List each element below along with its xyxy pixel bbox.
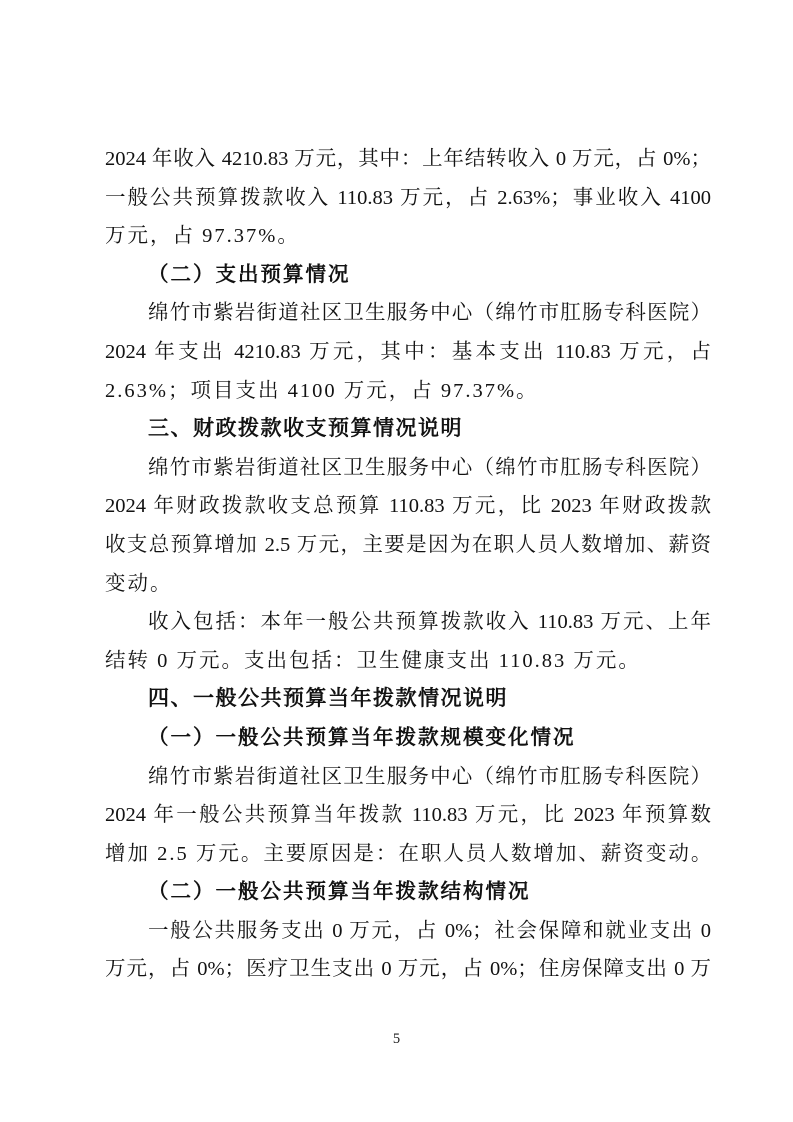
text-line: 2.63%；项目支出 4100 万元，占 97.37%。 (105, 372, 711, 411)
document-page: 2024 年收入 4210.83 万元，其中：上年结转收入 0 万元，占 0%；… (0, 0, 793, 1122)
text-line: 2024 年收入 4210.83 万元，其中：上年结转收入 0 万元，占 0%； (105, 140, 711, 179)
text-line: 绵竹市紫岩街道社区卫生服务中心（绵竹市肛肠专科医院） (105, 758, 711, 797)
text-line: 增加 2.5 万元。主要原因是：在职人员人数增加、薪资变动。 (105, 835, 711, 874)
text-line: 万元，占 0%；医疗卫生支出 0 万元，占 0%；住房保障支出 0 万 (105, 950, 711, 989)
section-heading: 三、财政拨款收支预算情况说明 (105, 410, 711, 449)
page-footer: 5 (0, 1030, 793, 1048)
document-body: 2024 年收入 4210.83 万元，其中：上年结转收入 0 万元，占 0%；… (105, 140, 711, 989)
text-line: 2024 年支出 4210.83 万元，其中：基本支出 110.83 万元，占 (105, 333, 711, 372)
text-line: 绵竹市紫岩街道社区卫生服务中心（绵竹市肛肠专科医院） (105, 449, 711, 488)
section-heading: （二）支出预算情况 (105, 256, 711, 295)
section-heading: （一）一般公共预算当年拨款规模变化情况 (105, 719, 711, 758)
text-line: 结转 0 万元。支出包括：卫生健康支出 110.83 万元。 (105, 642, 711, 681)
text-line: 2024 年财政拨款收支总预算 110.83 万元，比 2023 年财政拨款 (105, 487, 711, 526)
section-heading: （二）一般公共预算当年拨款结构情况 (105, 873, 711, 912)
text-line: 收支总预算增加 2.5 万元，主要是因为在职人员人数增加、薪资 (105, 526, 711, 565)
text-line: 一般公共服务支出 0 万元，占 0%；社会保障和就业支出 0 (105, 912, 711, 951)
text-line: 变动。 (105, 565, 711, 604)
text-line: 一般公共预算拨款收入 110.83 万元，占 2.63%；事业收入 4100 (105, 179, 711, 218)
page-number: 5 (393, 1031, 400, 1047)
text-line: 收入包括：本年一般公共预算拨款收入 110.83 万元、上年 (105, 603, 711, 642)
text-line: 绵竹市紫岩街道社区卫生服务中心（绵竹市肛肠专科医院） (105, 294, 711, 333)
text-line: 2024 年一般公共预算当年拨款 110.83 万元，比 2023 年预算数 (105, 796, 711, 835)
section-heading: 四、一般公共预算当年拨款情况说明 (105, 680, 711, 719)
text-line: 万元，占 97.37%。 (105, 217, 711, 256)
